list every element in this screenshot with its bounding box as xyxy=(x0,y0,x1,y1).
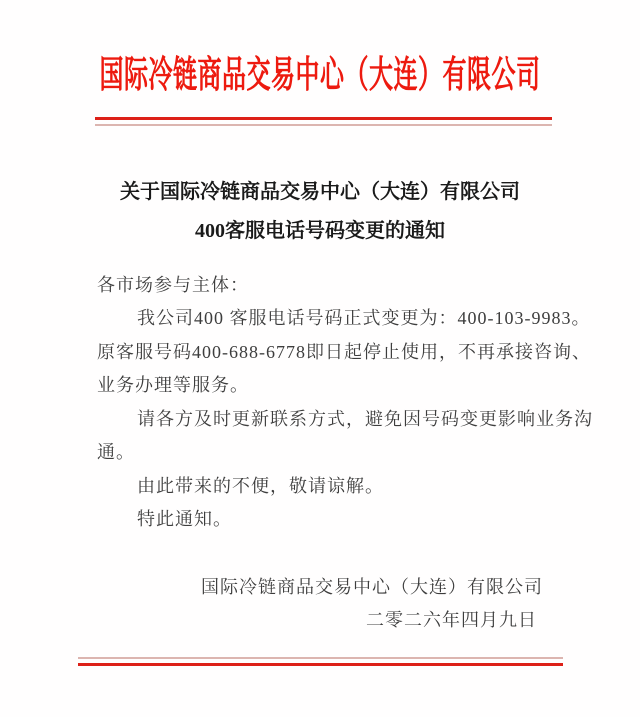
body-line: 业务办理等服务。 xyxy=(97,369,548,402)
footer-rule-thin xyxy=(78,657,563,659)
letterhead-company-title: 国际冷链商品交易中心（大连）有限公司 xyxy=(0,56,640,96)
body-line: 由此带来的不便，敬请谅解。 xyxy=(97,470,548,503)
signature-date: 二零二六年四月九日 xyxy=(366,604,537,637)
body-line: 原客服号码400-688-6778即日起停止使用，不再承接咨询、 xyxy=(97,336,548,369)
signature-company: 国际冷链商品交易中心（大连）有限公司 xyxy=(201,571,543,604)
body-line: 请各方及时更新联系方式，避免因号码变更影响业务沟 xyxy=(97,403,548,436)
header-rule-thin xyxy=(95,124,552,126)
notice-title-line1: 关于国际冷链商品交易中心（大连）有限公司 xyxy=(0,178,640,206)
body-line: 通。 xyxy=(97,436,548,469)
notice-title-line2: 400客服电话号码变更的通知 xyxy=(0,217,640,245)
header-rule-thick xyxy=(95,117,552,120)
notice-body: 各市场参与主体： 我公司400 客服电话号码正式变更为：400-103-9983… xyxy=(97,269,548,537)
footer-rule-thick xyxy=(78,663,563,666)
body-line: 我公司400 客服电话号码正式变更为：400-103-9983。 xyxy=(97,302,548,335)
notice-document-page: 国际冷链商品交易中心（大连）有限公司 关于国际冷链商品交易中心（大连）有限公司 … xyxy=(0,0,640,717)
salutation: 各市场参与主体： xyxy=(97,269,548,302)
body-line-closing: 特此通知。 xyxy=(97,503,548,536)
